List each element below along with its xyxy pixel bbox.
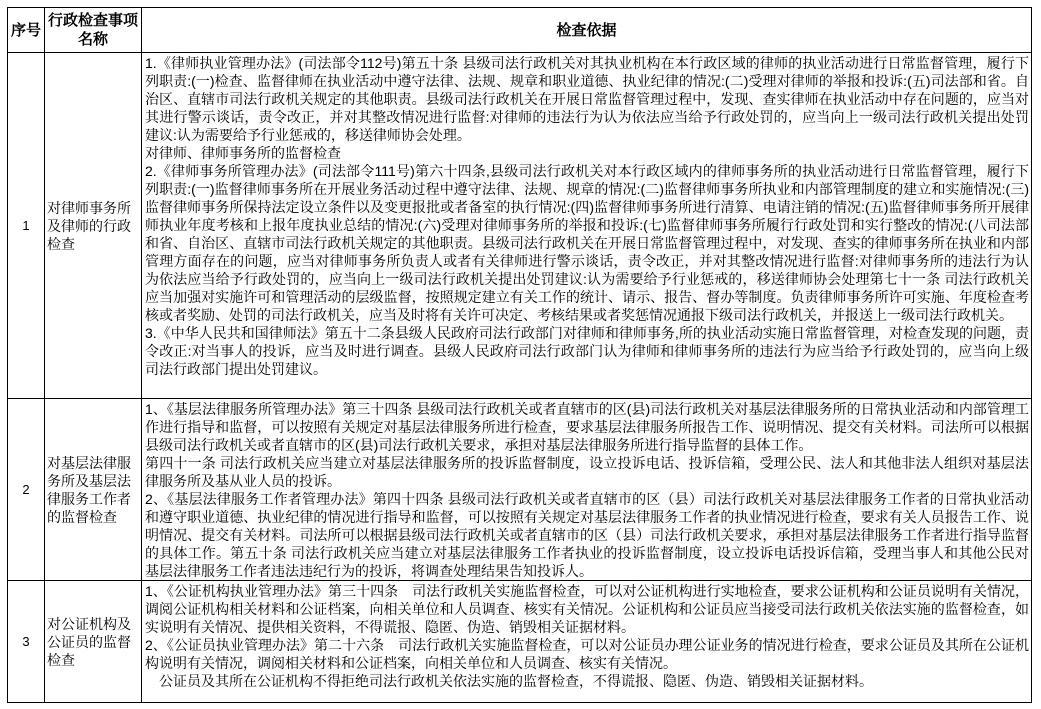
basis-paragraph: 对律师、律师事务所的监督检查 xyxy=(145,144,1029,162)
header-row: 序号 行政检查事项名称 检查依据 xyxy=(8,8,1032,53)
basis-text-block: 1、《基层法律服务所管理办法》第三十四条 县级司法行政机关或者直辖市的区(县)司… xyxy=(145,400,1029,580)
basis-text-block: 1、《公证机构执业管理办法》第三十四条 司法行政机关实施监督检查，可以对公证机构… xyxy=(145,582,1029,702)
header-serial-number: 序号 xyxy=(8,8,45,53)
header-item-name: 行政检查事项名称 xyxy=(45,8,142,53)
table-row: 1 对律师事务所及律师的行政检查 1.《律师执业管理办法》(司法部令112号)第… xyxy=(8,53,1032,399)
basis-text-block: 1.《律师执业管理办法》(司法部令112号)第五十条 县级司法行政机关对其执业机… xyxy=(145,54,1029,398)
basis-paragraph: 1、《基层法律服务所管理办法》第三十四条 县级司法行政机关或者直辖市的区(县)司… xyxy=(145,400,1029,454)
administrative-inspection-table: 序号 行政检查事项名称 检查依据 1 对律师事务所及律师的行政检查 1.《律师执… xyxy=(7,7,1032,703)
inspection-basis-cell: 1、《基层法律服务所管理办法》第三十四条 县级司法行政机关或者直辖市的区(县)司… xyxy=(142,399,1032,581)
basis-paragraph: 2.《律师事务所管理办法》(司法部令111号)第六十四条,县级司法行政机关对本行… xyxy=(145,162,1029,324)
basis-paragraph: 1.《律师执业管理办法》(司法部令112号)第五十条 县级司法行政机关对其执业机… xyxy=(145,54,1029,144)
item-name-cell: 对公证机构及公证员的监督检查 xyxy=(45,581,142,703)
basis-paragraph: 1、《公证机构执业管理办法》第三十四条 司法行政机关实施监督检查，可以对公证机构… xyxy=(145,582,1029,636)
inspection-basis-cell: 1.《律师执业管理办法》(司法部令112号)第五十条 县级司法行政机关对其执业机… xyxy=(142,53,1032,399)
serial-number-cell: 3 xyxy=(8,581,45,703)
table-row: 3 对公证机构及公证员的监督检查 1、《公证机构执业管理办法》第三十四条 司法行… xyxy=(8,581,1032,703)
header-inspection-basis: 检查依据 xyxy=(142,8,1032,53)
basis-paragraph: 2、《公证员执业管理办法》第二十六条 司法行政机关实施监督检查，可以对公证员办理… xyxy=(145,636,1029,672)
basis-paragraph: 3.《中华人民共和国律师法》第五十二条县级人民政府司法行政部门对律师和律师事务,… xyxy=(145,324,1029,378)
basis-paragraph: 2、《基层法律服务工作者管理办法》第四十四条 县级司法行政机关或者直辖市的区（县… xyxy=(145,490,1029,580)
inspection-basis-cell: 1、《公证机构执业管理办法》第三十四条 司法行政机关实施监督检查，可以对公证机构… xyxy=(142,581,1032,703)
basis-paragraph: 第四十一条 司法行政机关应当建立对基层法律服务所的投诉监督制度，设立投诉电话、投… xyxy=(145,454,1029,490)
basis-paragraph: 公证员及其所在公证机构不得拒绝司法行政机关依法实施的监督检查，不得谎报、隐匿、伪… xyxy=(145,672,1029,690)
table-row: 2 对基层法律服务所及基层法律服务工作者的监督检查 1、《基层法律服务所管理办法… xyxy=(8,399,1032,581)
serial-number-cell: 2 xyxy=(8,399,45,581)
item-name-cell: 对基层法律服务所及基层法律服务工作者的监督检查 xyxy=(45,399,142,581)
serial-number-cell: 1 xyxy=(8,53,45,399)
item-name-cell: 对律师事务所及律师的行政检查 xyxy=(45,53,142,399)
